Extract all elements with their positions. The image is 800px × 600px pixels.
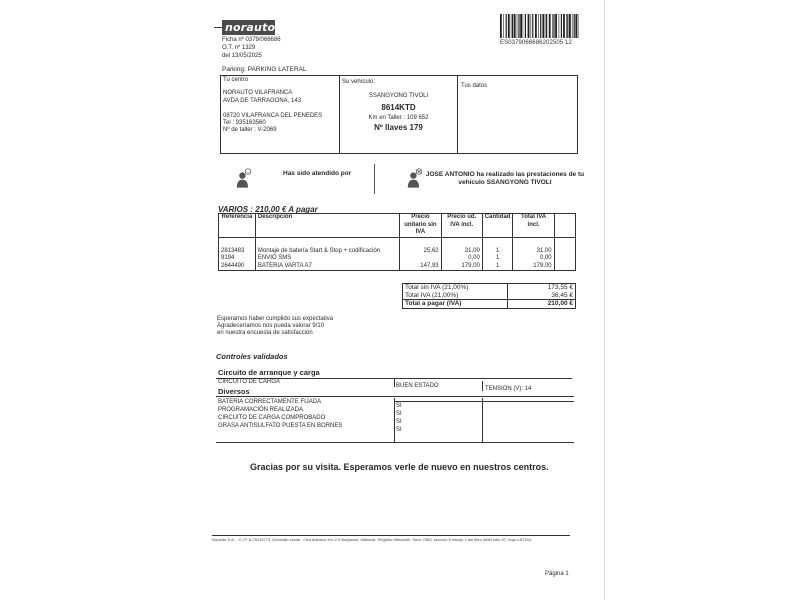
controles-title: Controles validados [216, 352, 288, 361]
cell-total: 179,00 [513, 263, 554, 271]
centro-title: Tu centro [223, 77, 248, 85]
check-item-value: SI [396, 419, 402, 427]
person-smile-icon [236, 168, 252, 188]
barcode-icon [500, 14, 580, 38]
check-item-value: SI [396, 403, 402, 411]
divider [482, 381, 483, 391]
vehiculo-title: Su vehículo: [342, 79, 375, 87]
cell-unit-iva: 0,00 [441, 255, 482, 263]
cell-total: 0,00 [513, 255, 554, 263]
check-item-label: GRASA ANTISULFATO PUESTA EN BORNES [218, 423, 342, 431]
col-cantidad: Cantidad [482, 214, 513, 238]
divider [216, 396, 574, 397]
parking-label: Parking: PARKING LATERAL [222, 66, 307, 74]
document-date: del 13/05/2025 [222, 53, 262, 61]
legal-text: Norauto S.A. - C.I.F. A-78119773, Domici… [212, 537, 532, 542]
norauto-logo: norauto [222, 20, 275, 35]
circuito-title: Circuito de arranque y carga [218, 368, 320, 377]
logo-dash [214, 27, 222, 28]
invoice-page: norauto Ficha nº 0379/066686 O.T. nº 132… [0, 0, 800, 600]
col-precio-unitario: Precio unitario sin IVA [400, 214, 442, 238]
divider [482, 398, 483, 442]
centro-address: AVDA DE TARRAGONA, 143 [223, 98, 301, 106]
cell-unit-iva: 31,00 [441, 237, 482, 255]
cell-total: 31,00 [513, 237, 554, 255]
check-item-label: BATERIA CORRECTAMENTE FIJADA [218, 399, 321, 407]
totals-row: Total sin IVA (21,00%)173,55 € [403, 284, 576, 292]
divider [394, 398, 395, 442]
col-referencia: Referencia [219, 214, 256, 238]
scan-edge [604, 0, 605, 600]
attended-by-label: Has sido atendido por [283, 170, 351, 178]
totals-label: Total IVA (21,00%) [403, 292, 508, 300]
table-row: 2644490BATERIA VARTA A7147,93179,001179,… [219, 263, 576, 271]
cell-unit [400, 255, 442, 263]
circuito-state: BUEN ESTADO [396, 383, 439, 391]
cell-ref: 9194 [219, 255, 256, 263]
table-row: 9194ENVIO SMS0,0010,00 [219, 255, 576, 263]
ot-number: O.T. nº 1329 [222, 45, 255, 53]
cell-empty [554, 263, 575, 271]
check-item-value: SI [396, 411, 402, 419]
attention-divider [374, 164, 375, 194]
check-item-value: SI [396, 427, 402, 435]
vehicle-plate: 8614KTD [340, 103, 457, 112]
cell-desc: ENVIO SMS [255, 255, 399, 263]
divider [394, 401, 574, 402]
totals-label: Total a pagar (IVA) [403, 300, 508, 309]
centro-taller: Nº de taller : V-2069 [223, 127, 277, 135]
ficha-number: Ficha nº 0379/066686 [222, 37, 281, 45]
page-number: Página 1 [545, 571, 569, 579]
col-descripcion: Descripción [255, 214, 399, 238]
cell-unit-iva: 179,00 [441, 263, 482, 271]
totals-value: 36,45 € [508, 292, 576, 300]
cell-qty: 1 [482, 263, 513, 271]
totals-table: Total sin IVA (21,00%)173,55 €Total IVA … [402, 283, 576, 309]
cell-empty [554, 237, 575, 255]
vehicle-keys: Nº llaves 179 [340, 123, 457, 132]
totals-value: 210,00 € [508, 300, 576, 309]
cell-desc: Montaje de batería Start & Stop + codifi… [255, 237, 399, 255]
items-table: Referencia Descripción Precio unitario s… [218, 213, 576, 271]
circuito-item: CIRCUITO DE CARGA [218, 379, 280, 387]
check-item-label: CIRCUITO DE CARGA COMPROBADO [218, 415, 325, 423]
col-empty [554, 214, 575, 238]
circuito-tension: TENSION (V): 14 [485, 386, 531, 394]
divider [394, 379, 395, 387]
divider [216, 442, 574, 443]
datos-title: Tus datos [461, 83, 487, 91]
divider [457, 75, 458, 154]
totals-row: Total a pagar (IVA)210,00 € [403, 300, 576, 309]
totals-row: Total IVA (21,00%)36,45 € [403, 292, 576, 300]
totals-label: Total sin IVA (21,00%) [403, 284, 508, 292]
cell-ref: 2644490 [219, 263, 256, 271]
diversos-title: Diversos [218, 387, 250, 396]
totals-value: 173,55 € [508, 284, 576, 292]
cell-ref: 2813483 [219, 237, 256, 255]
cell-desc: BATERIA VARTA A7 [255, 263, 399, 271]
cell-qty: 1 [482, 255, 513, 263]
col-precio-iva: Precio ud. IVA incl. [441, 214, 482, 238]
diversos-list: BATERIA CORRECTAMENTE FIJADASIPROGRAMACI… [216, 398, 574, 442]
vehicle-model: SSANGYONG TIVOLI [340, 93, 457, 101]
thanks-message: Gracias por su visita. Esperamos verle d… [250, 462, 549, 472]
vehicle-km: Km en Taller : 109 652 [340, 115, 457, 123]
cell-qty: 1 [482, 237, 513, 255]
footer-rule [212, 535, 570, 536]
barcode-number: ES0379066686202505 12 [500, 40, 572, 46]
cell-unit: 25,62 [400, 237, 442, 255]
technician-message: JOSE ANTONIO ha realizado las prestacion… [420, 171, 590, 187]
cell-empty [554, 255, 575, 263]
check-item-label: PROGRAMACIÓN REALIZADA [218, 407, 303, 415]
table-row: 2813483Montaje de batería Start & Stop +… [219, 237, 576, 255]
cell-unit: 147,93 [400, 263, 442, 271]
message-line3: en nuestra encuesta de satisfacción [217, 330, 313, 338]
col-total: Total IVA incl. [513, 214, 554, 238]
centro-name: NORAUTO VILAFRANCA [223, 90, 292, 98]
